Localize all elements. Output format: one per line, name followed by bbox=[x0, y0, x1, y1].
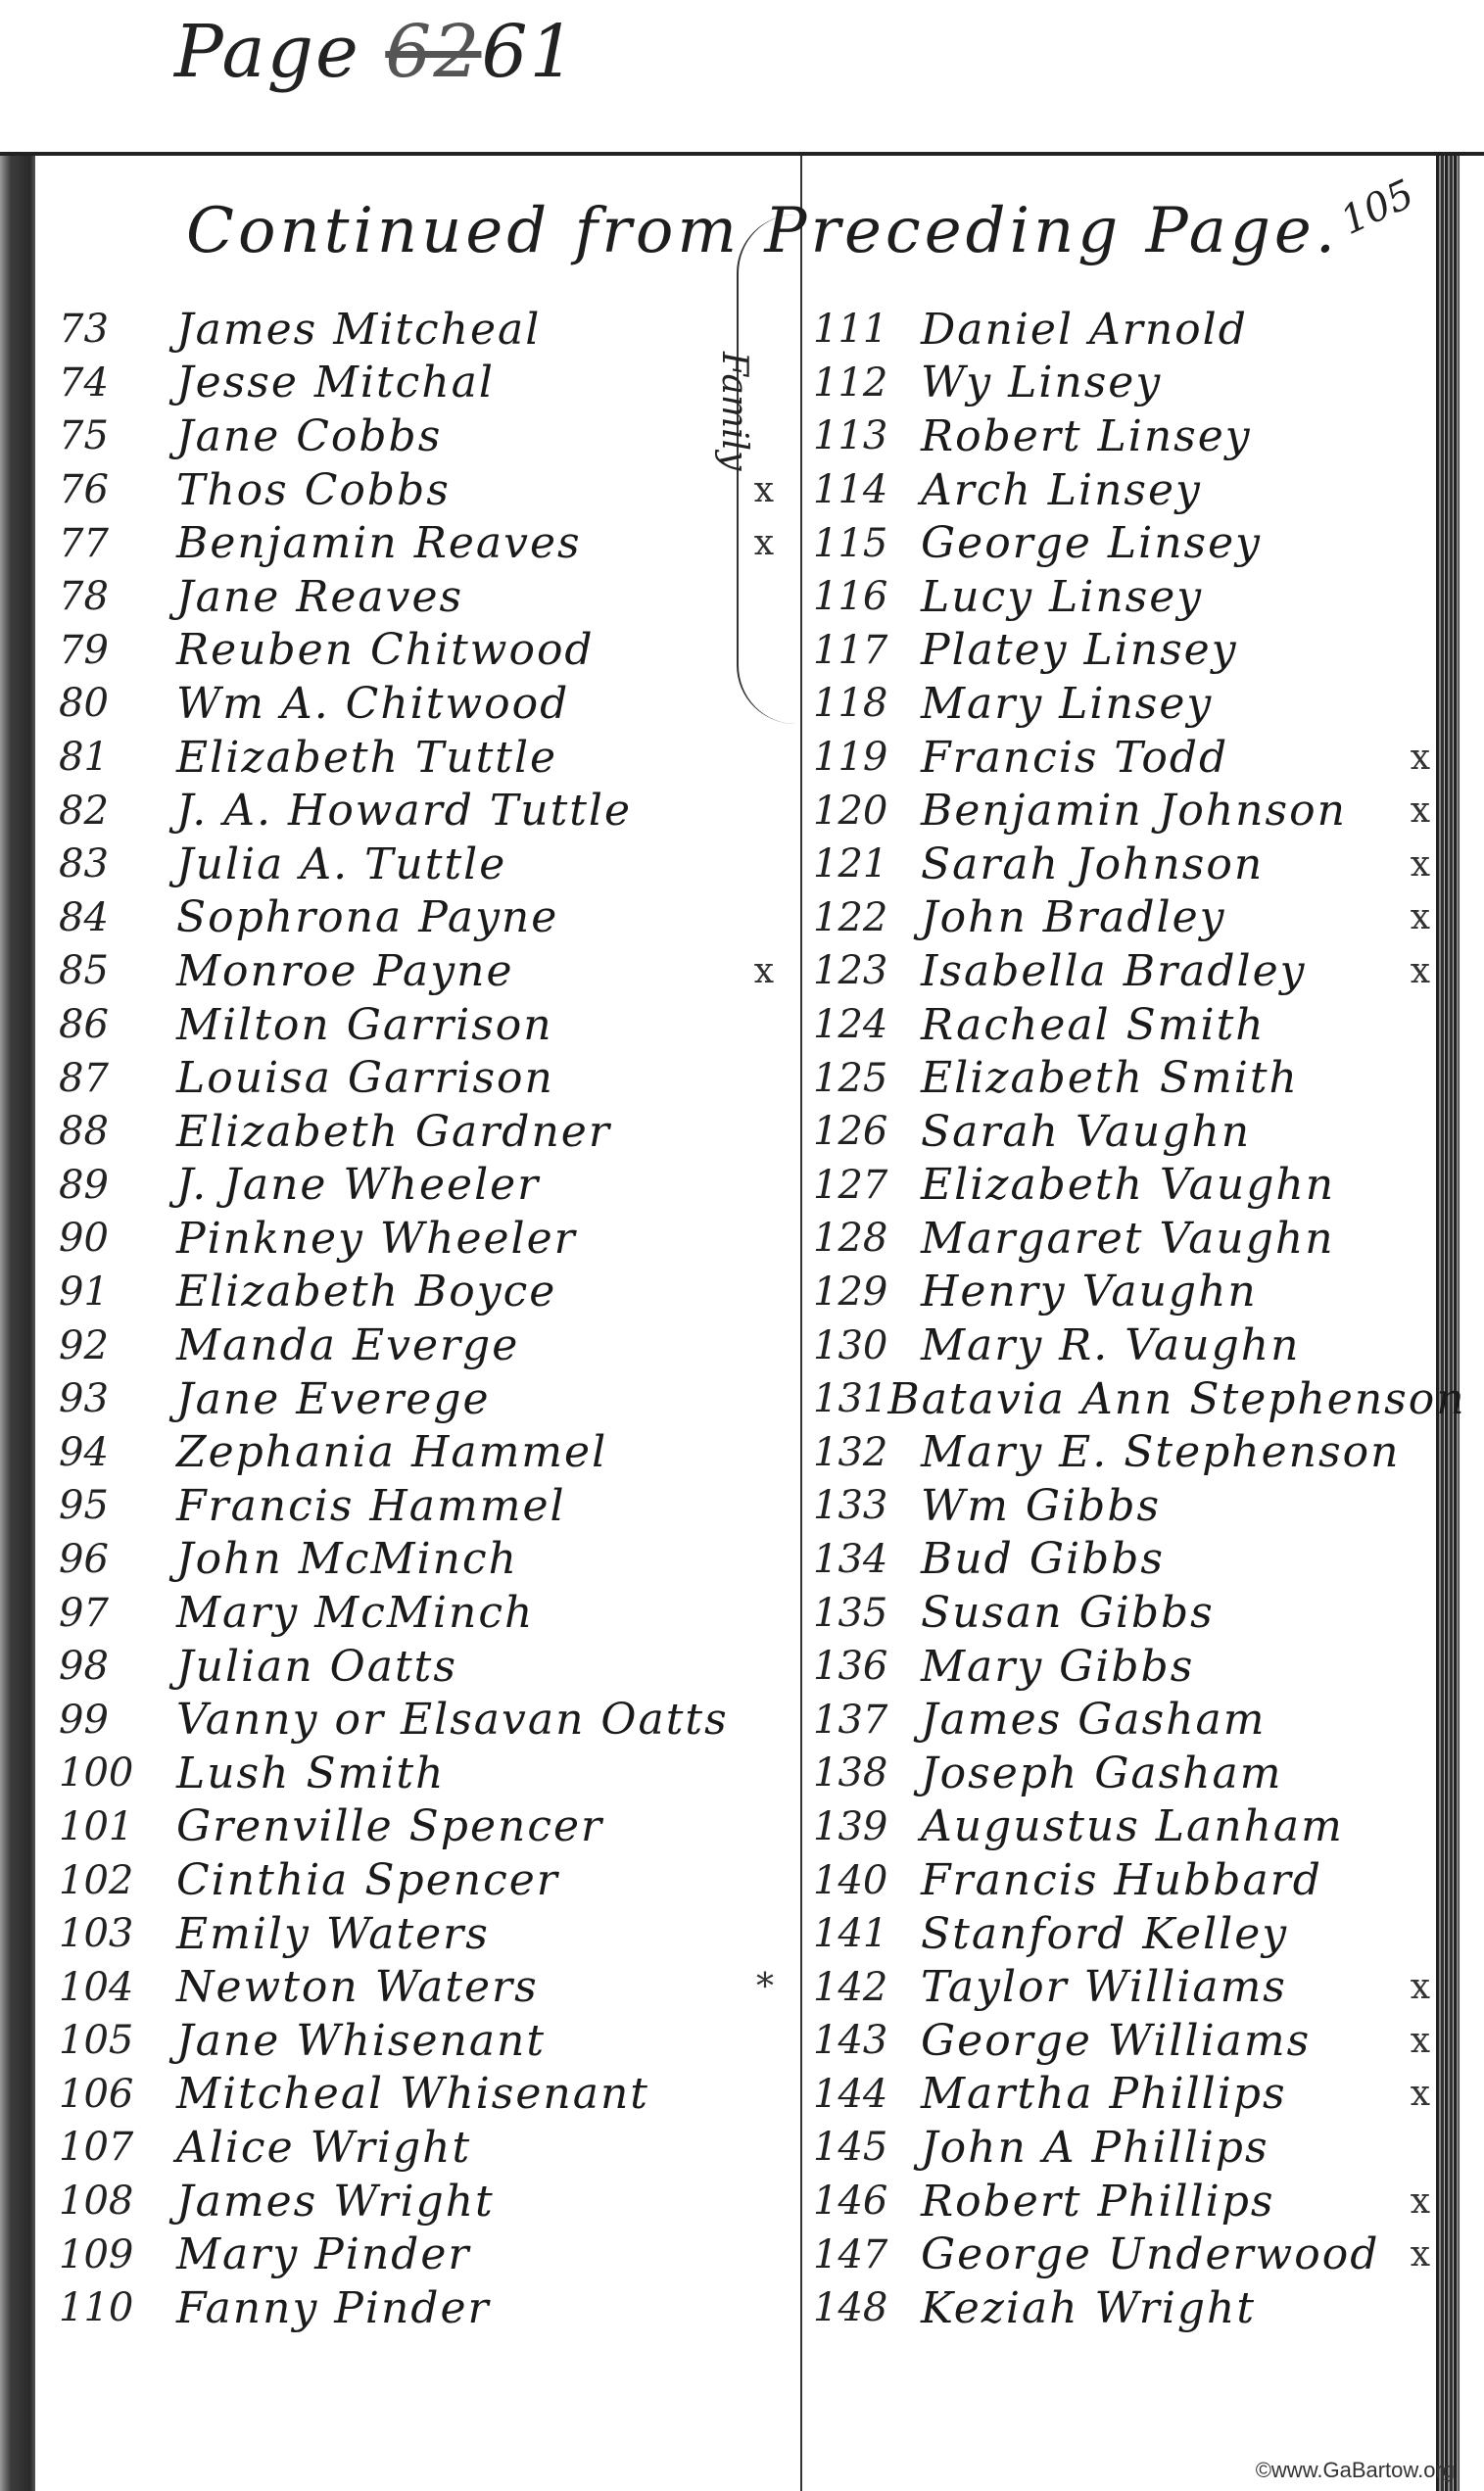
entry-name: Thos Cobbs bbox=[176, 465, 451, 515]
entry-name: Wm A. Chitwood bbox=[176, 679, 569, 729]
list-item: 146Robert Phillipsx bbox=[813, 2175, 1440, 2228]
entry-number: 137 bbox=[813, 1698, 921, 1743]
entry-number: 144 bbox=[813, 2072, 921, 2117]
list-item: 124Racheal Smith bbox=[813, 998, 1440, 1052]
entry-number: 88 bbox=[59, 1109, 176, 1154]
page-label: Page 6261 bbox=[174, 10, 578, 94]
entry-name: Alice Wright bbox=[176, 2123, 471, 2173]
list-item: 91Elizabeth Boyce bbox=[59, 1266, 784, 1319]
entry-number: 114 bbox=[813, 467, 921, 512]
list-item: 138Joseph Gasham bbox=[813, 1747, 1440, 1800]
entry-name: Sarah Vaughn bbox=[921, 1107, 1251, 1157]
entry-number: 103 bbox=[59, 1911, 176, 1956]
list-item: 125Elizabeth Smith bbox=[813, 1051, 1440, 1105]
entry-name: Isabella Bradley bbox=[921, 946, 1307, 996]
entry-number: 125 bbox=[813, 1056, 921, 1101]
list-item: 120Benjamin Johnsonx bbox=[813, 784, 1440, 838]
entry-number: 84 bbox=[59, 895, 176, 940]
entry-number: 119 bbox=[813, 735, 921, 780]
entry-mark: x bbox=[1411, 790, 1430, 831]
list-item: 128Margaret Vaughn bbox=[813, 1212, 1440, 1266]
entry-mark: x bbox=[1411, 2181, 1430, 2222]
right-name-column: 111Daniel Arnold112Wy Linsey113Robert Li… bbox=[813, 303, 1440, 2335]
entry-number: 111 bbox=[813, 307, 921, 352]
list-item: 130Mary R. Vaughn bbox=[813, 1318, 1440, 1372]
list-item: 109Mary Pinder bbox=[59, 2228, 784, 2281]
list-item: 87Louisa Garrison bbox=[59, 1051, 784, 1105]
entry-name: Louisa Garrison bbox=[176, 1053, 554, 1103]
entry-name: Francis Todd bbox=[921, 733, 1228, 783]
entry-name: Jesse Mitchal bbox=[176, 358, 495, 407]
entry-number: 107 bbox=[59, 2125, 176, 2170]
entry-number: 106 bbox=[59, 2072, 176, 2117]
list-item: 101Grenville Spencer bbox=[59, 1800, 784, 1854]
entry-name: Elizabeth Gardner bbox=[176, 1107, 611, 1157]
list-item: 148Keziah Wright bbox=[813, 2281, 1440, 2335]
entry-number: 90 bbox=[59, 1216, 176, 1261]
entry-name: Vanny or Elsavan Oatts bbox=[176, 1695, 729, 1745]
entry-name: Joseph Gasham bbox=[921, 1748, 1283, 1798]
list-item: 108James Wright bbox=[59, 2175, 784, 2228]
entry-number: 135 bbox=[813, 1591, 921, 1636]
entry-name: Batavia Ann Stephenson bbox=[887, 1374, 1465, 1424]
entry-number: 74 bbox=[59, 360, 176, 406]
entry-name: Susan Gibbs bbox=[921, 1588, 1215, 1638]
list-item: 132Mary E. Stephenson bbox=[813, 1425, 1440, 1479]
entry-name: Benjamin Reaves bbox=[176, 518, 582, 568]
entry-number: 133 bbox=[813, 1483, 921, 1528]
entry-number: 77 bbox=[59, 521, 176, 566]
entry-name: Jane Reaves bbox=[176, 572, 463, 622]
entry-number: 134 bbox=[813, 1537, 921, 1582]
entry-name: James Wright bbox=[176, 2177, 495, 2227]
list-item: 84Sophrona Payne bbox=[59, 891, 784, 945]
list-item: 119Francis Toddx bbox=[813, 731, 1440, 785]
entry-name: Keziah Wright bbox=[921, 2283, 1256, 2333]
list-item: 133Wm Gibbs bbox=[813, 1479, 1440, 1533]
list-item: 100Lush Smith bbox=[59, 1747, 784, 1800]
entry-name: Mary McMinch bbox=[176, 1588, 534, 1638]
list-item: 75Jane Cobbs bbox=[59, 409, 784, 463]
entry-mark: x bbox=[754, 470, 774, 510]
list-item: 117Platey Linsey bbox=[813, 624, 1440, 678]
list-item: 80Wm A. Chitwood bbox=[59, 677, 784, 731]
list-item: 90Pinkney Wheeler bbox=[59, 1212, 784, 1266]
copyright-watermark: ©www.GaBartow.org bbox=[1256, 2458, 1455, 2483]
entry-number: 113 bbox=[813, 413, 921, 458]
entry-number: 97 bbox=[59, 1591, 176, 1636]
entry-name: Platey Linsey bbox=[921, 625, 1238, 675]
entry-number: 115 bbox=[813, 521, 921, 566]
entry-number: 83 bbox=[59, 841, 176, 886]
entry-name: Lush Smith bbox=[176, 1748, 445, 1798]
entry-number: 139 bbox=[813, 1804, 921, 1849]
entry-name: Sophrona Payne bbox=[176, 892, 558, 942]
entry-number: 86 bbox=[59, 1002, 176, 1047]
entry-name: Margaret Vaughn bbox=[921, 1214, 1335, 1264]
entry-number: 98 bbox=[59, 1644, 176, 1689]
entry-name: Elizabeth Smith bbox=[921, 1053, 1299, 1103]
list-item: 94Zephania Hammel bbox=[59, 1425, 784, 1479]
entry-number: 76 bbox=[59, 467, 176, 512]
list-item: 73James Mitcheal bbox=[59, 303, 784, 357]
entry-number: 75 bbox=[59, 413, 176, 458]
entry-number: 85 bbox=[59, 948, 176, 993]
list-item: 126Sarah Vaughn bbox=[813, 1105, 1440, 1159]
entry-number: 131 bbox=[813, 1376, 887, 1421]
folio-number: 105 bbox=[1334, 171, 1421, 244]
list-item: 78Jane Reaves bbox=[59, 570, 784, 624]
entry-number: 124 bbox=[813, 1002, 921, 1047]
entry-number: 79 bbox=[59, 628, 176, 673]
entry-name: Mary R. Vaughn bbox=[921, 1320, 1300, 1370]
entry-number: 121 bbox=[813, 841, 921, 886]
entry-name: Pinkney Wheeler bbox=[176, 1214, 577, 1264]
list-item: 85Monroe Paynex bbox=[59, 944, 784, 998]
list-item: 134Bud Gibbs bbox=[813, 1533, 1440, 1587]
entry-number: 126 bbox=[813, 1109, 921, 1154]
entry-name: Sarah Johnson bbox=[921, 839, 1264, 889]
entry-number: 100 bbox=[59, 1750, 176, 1796]
entry-name: Robert Linsey bbox=[921, 411, 1252, 461]
entry-number: 95 bbox=[59, 1483, 176, 1528]
entry-name: Taylor Williams bbox=[921, 1962, 1287, 2012]
entry-number: 89 bbox=[59, 1163, 176, 1208]
entry-mark: x bbox=[1411, 844, 1430, 885]
entry-number: 147 bbox=[813, 2232, 921, 2277]
entry-number: 108 bbox=[59, 2179, 176, 2224]
entry-number: 120 bbox=[813, 789, 921, 834]
list-item: 76Thos Cobbsx bbox=[59, 463, 784, 517]
entry-number: 112 bbox=[813, 360, 921, 406]
entry-number: 143 bbox=[813, 2018, 921, 2063]
entry-mark: x bbox=[1411, 738, 1430, 778]
entry-name: J. Jane Wheeler bbox=[176, 1160, 540, 1210]
page-label-struck-number: 62 bbox=[385, 10, 481, 94]
entry-number: 91 bbox=[59, 1269, 176, 1315]
left-name-column: 73James Mitcheal74Jesse Mitchal75Jane Co… bbox=[59, 303, 784, 2335]
list-item: 135Susan Gibbs bbox=[813, 1586, 1440, 1640]
list-item: 110Fanny Pinder bbox=[59, 2281, 784, 2335]
entry-number: 140 bbox=[813, 1858, 921, 1903]
entry-name: Lucy Linsey bbox=[921, 572, 1203, 622]
entry-name: Wm Gibbs bbox=[921, 1481, 1161, 1531]
entry-name: Grenville Spencer bbox=[176, 1801, 603, 1851]
entry-number: 138 bbox=[813, 1750, 921, 1796]
entry-mark: x bbox=[1411, 2074, 1430, 2114]
entry-name: Cinthia Spencer bbox=[176, 1855, 559, 1905]
list-item: 104Newton Waters* bbox=[59, 1960, 784, 2014]
entry-number: 80 bbox=[59, 681, 176, 726]
list-item: 79Reuben Chitwood bbox=[59, 624, 784, 678]
entry-name: John Bradley bbox=[921, 892, 1226, 942]
entry-number: 101 bbox=[59, 1804, 176, 1849]
entry-number: 145 bbox=[813, 2125, 921, 2170]
entry-mark: x bbox=[1411, 2021, 1430, 2061]
entry-number: 132 bbox=[813, 1430, 921, 1475]
entry-name: Stanford Kelley bbox=[921, 1909, 1288, 1959]
list-item: 137James Gasham bbox=[813, 1693, 1440, 1747]
list-item: 107Alice Wright bbox=[59, 2121, 784, 2175]
entry-number: 102 bbox=[59, 1858, 176, 1903]
entry-name: Francis Hammel bbox=[176, 1481, 566, 1531]
entry-name: Racheal Smith bbox=[921, 1000, 1266, 1050]
entry-name: Jane Everege bbox=[176, 1374, 491, 1424]
list-item: 111Daniel Arnold bbox=[813, 303, 1440, 357]
list-item: 82J. A. Howard Tuttle bbox=[59, 784, 784, 838]
entry-name: Newton Waters bbox=[176, 1962, 539, 2012]
entry-name: Mary Gibbs bbox=[921, 1642, 1194, 1692]
entry-name: James Mitcheal bbox=[176, 305, 541, 355]
entry-name: Mary Pinder bbox=[176, 2229, 470, 2279]
entry-name: George Williams bbox=[921, 2016, 1311, 2066]
entry-number: 109 bbox=[59, 2232, 176, 2277]
entry-number: 123 bbox=[813, 948, 921, 993]
entry-name: Reuben Chitwood bbox=[176, 625, 595, 675]
entry-number: 87 bbox=[59, 1056, 176, 1101]
entry-name: Daniel Arnold bbox=[921, 305, 1248, 355]
ledger-page: 105 Continued from Preceding Page. Famil… bbox=[0, 152, 1484, 2491]
column-divider bbox=[800, 156, 802, 2491]
entry-name: Wy Linsey bbox=[921, 358, 1162, 407]
entry-number: 146 bbox=[813, 2179, 921, 2224]
entry-name: George Linsey bbox=[921, 518, 1262, 568]
entry-name: Fanny Pinder bbox=[176, 2283, 491, 2333]
list-item: 121Sarah Johnsonx bbox=[813, 838, 1440, 891]
entry-name: Julia A. Tuttle bbox=[176, 839, 506, 889]
list-item: 103Emily Waters bbox=[59, 1907, 784, 1961]
entry-number: 93 bbox=[59, 1376, 176, 1421]
list-item: 99Vanny or Elsavan Oatts bbox=[59, 1693, 784, 1747]
entry-name: Francis Hubbard bbox=[921, 1855, 1322, 1905]
entry-number: 73 bbox=[59, 307, 176, 352]
entry-number: 118 bbox=[813, 681, 921, 726]
entry-number: 128 bbox=[813, 1216, 921, 1261]
entry-name: Mitcheal Whisenant bbox=[176, 2069, 649, 2119]
page-label-number: 61 bbox=[481, 10, 577, 94]
entry-mark: x bbox=[1411, 1967, 1430, 2007]
entry-name: Mary Linsey bbox=[921, 679, 1213, 729]
entry-number: 122 bbox=[813, 895, 921, 940]
list-item: 113Robert Linsey bbox=[813, 409, 1440, 463]
entry-number: 127 bbox=[813, 1163, 921, 1208]
entry-name: John McMinch bbox=[176, 1534, 518, 1584]
list-item: 95Francis Hammel bbox=[59, 1479, 784, 1533]
list-item: 102Cinthia Spencer bbox=[59, 1853, 784, 1907]
entry-number: 94 bbox=[59, 1430, 176, 1475]
list-item: 139Augustus Lanham bbox=[813, 1800, 1440, 1854]
entry-number: 130 bbox=[813, 1323, 921, 1368]
list-item: 122John Bradleyx bbox=[813, 891, 1440, 945]
entry-name: Julian Oatts bbox=[176, 1642, 457, 1692]
entry-mark: x bbox=[754, 951, 774, 991]
list-item: 93Jane Everege bbox=[59, 1372, 784, 1426]
list-item: 115George Linsey bbox=[813, 516, 1440, 570]
entry-number: 141 bbox=[813, 1911, 921, 1956]
list-item: 123Isabella Bradleyx bbox=[813, 944, 1440, 998]
entry-number: 81 bbox=[59, 735, 176, 780]
entry-mark: x bbox=[1411, 897, 1430, 937]
entry-name: Monroe Payne bbox=[176, 946, 514, 996]
entry-number: 116 bbox=[813, 574, 921, 619]
entry-mark: x bbox=[1411, 2234, 1430, 2275]
list-item: 142Taylor Williamsx bbox=[813, 1960, 1440, 2014]
entry-number: 148 bbox=[813, 2285, 921, 2330]
entry-name: Benjamin Johnson bbox=[921, 786, 1347, 836]
list-item: 116Lucy Linsey bbox=[813, 570, 1440, 624]
entry-mark: x bbox=[1411, 951, 1430, 991]
entry-name: Elizabeth Vaughn bbox=[921, 1160, 1335, 1210]
list-item: 98Julian Oatts bbox=[59, 1640, 784, 1694]
entry-name: James Gasham bbox=[921, 1695, 1266, 1745]
entry-number: 105 bbox=[59, 2018, 176, 2063]
entry-number: 142 bbox=[813, 1965, 921, 2010]
entry-mark: x bbox=[754, 523, 774, 563]
list-item: 114Arch Linsey bbox=[813, 463, 1440, 517]
list-item: 118Mary Linsey bbox=[813, 677, 1440, 731]
entry-mark: * bbox=[756, 1967, 774, 2007]
list-item: 81Elizabeth Tuttle bbox=[59, 731, 784, 785]
list-item: 105Jane Whisenant bbox=[59, 2014, 784, 2068]
list-item: 136Mary Gibbs bbox=[813, 1640, 1440, 1694]
entry-name: Henry Vaughn bbox=[921, 1267, 1258, 1317]
list-item: 86Milton Garrison bbox=[59, 998, 784, 1052]
list-item: 74Jesse Mitchal bbox=[59, 357, 784, 410]
entry-name: John A Phillips bbox=[921, 2123, 1269, 2173]
entry-name: Martha Phillips bbox=[921, 2069, 1287, 2119]
list-item: 147George Underwoodx bbox=[813, 2228, 1440, 2281]
entry-number: 104 bbox=[59, 1965, 176, 2010]
entry-name: Emily Waters bbox=[176, 1909, 490, 1959]
list-item: 131Batavia Ann Stephenson bbox=[813, 1372, 1440, 1426]
entry-name: Elizabeth Boyce bbox=[176, 1267, 556, 1317]
entry-number: 117 bbox=[813, 628, 921, 673]
entry-name: Elizabeth Tuttle bbox=[176, 733, 557, 783]
entry-name: Jane Cobbs bbox=[176, 411, 442, 461]
list-item: 89J. Jane Wheeler bbox=[59, 1159, 784, 1213]
entry-name: Jane Whisenant bbox=[176, 2016, 546, 2066]
list-item: 145John A Phillips bbox=[813, 2121, 1440, 2175]
entry-name: Augustus Lanham bbox=[921, 1801, 1344, 1851]
list-item: 127Elizabeth Vaughn bbox=[813, 1159, 1440, 1213]
list-item: 83Julia A. Tuttle bbox=[59, 838, 784, 891]
entry-name: George Underwood bbox=[921, 2229, 1379, 2279]
entry-number: 78 bbox=[59, 574, 176, 619]
list-item: 112Wy Linsey bbox=[813, 357, 1440, 410]
entry-number: 99 bbox=[59, 1698, 176, 1743]
entry-name: Arch Linsey bbox=[921, 465, 1202, 515]
entry-name: Robert Phillips bbox=[921, 2177, 1275, 2227]
entry-name: J. A. Howard Tuttle bbox=[176, 786, 632, 836]
entry-name: Milton Garrison bbox=[176, 1000, 553, 1050]
list-item: 141Stanford Kelley bbox=[813, 1907, 1440, 1961]
list-item: 88Elizabeth Gardner bbox=[59, 1105, 784, 1159]
entry-number: 136 bbox=[813, 1644, 921, 1689]
list-item: 97Mary McMinch bbox=[59, 1586, 784, 1640]
page-label-prefix: Page bbox=[174, 10, 360, 94]
list-item: 77Benjamin Reavesx bbox=[59, 516, 784, 570]
entry-name: Manda Everge bbox=[176, 1320, 519, 1370]
list-item: 143George Williamsx bbox=[813, 2014, 1440, 2068]
entry-name: Mary E. Stephenson bbox=[921, 1427, 1400, 1477]
list-item: 140Francis Hubbard bbox=[813, 1853, 1440, 1907]
entry-number: 92 bbox=[59, 1323, 176, 1368]
list-item: 96John McMinch bbox=[59, 1533, 784, 1587]
left-binding-edge bbox=[0, 156, 35, 2491]
entry-name: Zephania Hammel bbox=[176, 1427, 607, 1477]
list-item: 129Henry Vaughn bbox=[813, 1266, 1440, 1319]
entry-number: 82 bbox=[59, 789, 176, 834]
list-item: 92Manda Everge bbox=[59, 1318, 784, 1372]
entry-number: 96 bbox=[59, 1537, 176, 1582]
list-item: 144Martha Phillipsx bbox=[813, 2068, 1440, 2122]
entry-number: 129 bbox=[813, 1269, 921, 1315]
entry-name: Bud Gibbs bbox=[921, 1534, 1165, 1584]
list-item: 106Mitcheal Whisenant bbox=[59, 2068, 784, 2122]
entry-number: 110 bbox=[59, 2285, 176, 2330]
